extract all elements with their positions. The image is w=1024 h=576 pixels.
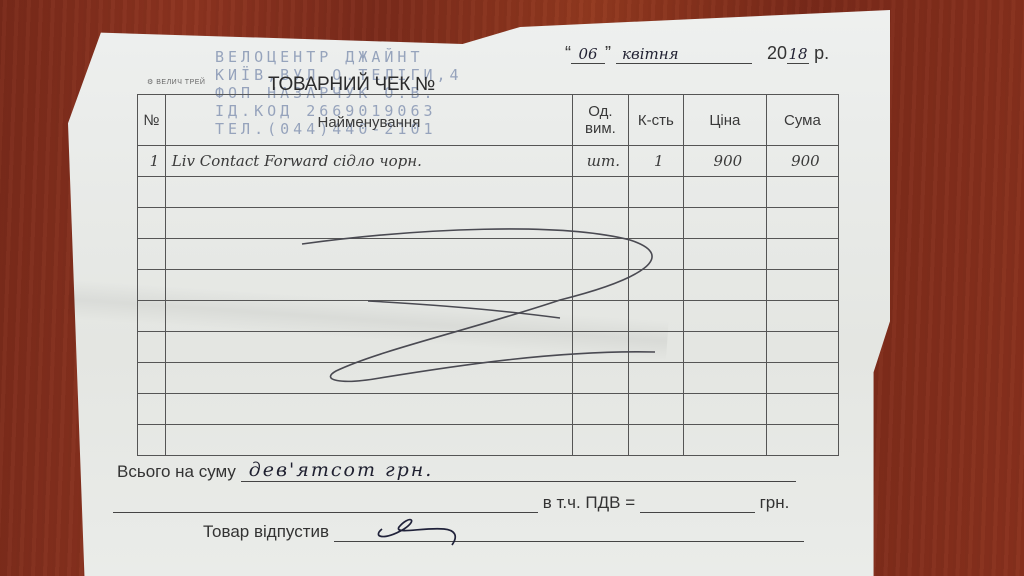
empty-cell bbox=[573, 270, 629, 301]
released-label: Товар відпустив bbox=[203, 522, 329, 541]
empty-cell bbox=[683, 332, 766, 363]
empty-cell bbox=[628, 208, 683, 239]
empty-cell bbox=[138, 208, 166, 239]
empty-cell bbox=[165, 177, 572, 208]
empty-cell bbox=[573, 208, 629, 239]
empty-cell bbox=[165, 394, 572, 425]
table-row-empty bbox=[138, 394, 839, 425]
table-row-empty bbox=[138, 208, 839, 239]
header-no: № bbox=[138, 95, 166, 146]
empty-cell bbox=[138, 239, 166, 270]
cell-sum: 900 bbox=[766, 146, 838, 177]
empty-cell bbox=[628, 394, 683, 425]
table-row-empty bbox=[138, 332, 839, 363]
header-sum: Сума bbox=[766, 95, 838, 146]
year-prefix: 20 bbox=[767, 43, 787, 63]
cell-unit: шт. bbox=[573, 146, 629, 177]
empty-cell bbox=[766, 394, 838, 425]
logo-icon: ⚙ bbox=[147, 79, 154, 86]
empty-cell bbox=[138, 177, 166, 208]
empty-cell bbox=[628, 425, 683, 456]
signature-line bbox=[334, 521, 804, 542]
empty-cell bbox=[165, 239, 572, 270]
empty-cell bbox=[138, 332, 166, 363]
empty-cell bbox=[573, 301, 629, 332]
header-qty: К-сть bbox=[628, 95, 683, 146]
empty-cell bbox=[138, 301, 166, 332]
empty-cell bbox=[138, 425, 166, 456]
table-row: 1 Liv Contact Forward сідло чорн. шт. 1 … bbox=[138, 146, 839, 177]
header-price: Ціна bbox=[683, 95, 766, 146]
vat-currency: грн. bbox=[760, 493, 790, 512]
empty-cell bbox=[138, 394, 166, 425]
empty-cell bbox=[683, 270, 766, 301]
table-row-empty bbox=[138, 270, 839, 301]
empty-cell bbox=[138, 270, 166, 301]
receipt-title: ТОВАРНИЙ ЧЕК № bbox=[268, 74, 435, 96]
empty-cell bbox=[138, 363, 166, 394]
empty-cell bbox=[766, 363, 838, 394]
table-row-empty bbox=[138, 177, 839, 208]
vat-blank-line bbox=[113, 492, 538, 513]
empty-cell bbox=[683, 363, 766, 394]
empty-cell bbox=[683, 301, 766, 332]
empty-cell bbox=[165, 270, 572, 301]
empty-cell bbox=[683, 425, 766, 456]
empty-cell bbox=[766, 208, 838, 239]
empty-cell bbox=[766, 177, 838, 208]
stamp-line: ВЕЛОЦЕНТР ДЖАЙНТ bbox=[215, 48, 463, 66]
vat-label: в т.ч. ПДВ = bbox=[543, 493, 635, 512]
table-row-empty bbox=[138, 239, 839, 270]
empty-cell bbox=[683, 208, 766, 239]
released-row: Товар відпустив bbox=[203, 521, 804, 542]
vat-value bbox=[640, 512, 755, 513]
empty-cell bbox=[766, 425, 838, 456]
empty-cell bbox=[573, 363, 629, 394]
year-suffix: 18 bbox=[787, 45, 809, 64]
empty-cell bbox=[628, 270, 683, 301]
cell-name: Liv Contact Forward сідло чорн. bbox=[165, 146, 572, 177]
empty-cell bbox=[573, 239, 629, 270]
empty-cell bbox=[766, 301, 838, 332]
table-row-empty bbox=[138, 301, 839, 332]
empty-cell bbox=[165, 208, 572, 239]
cell-no: 1 bbox=[138, 146, 166, 177]
table-header-row: № Найменування Од.вим. К-сть Ціна Сума bbox=[138, 95, 839, 146]
receipt-date: “06” квітня 2018 р. bbox=[565, 43, 829, 64]
empty-cell bbox=[165, 332, 572, 363]
empty-cell bbox=[683, 177, 766, 208]
cell-price: 900 bbox=[683, 146, 766, 177]
date-day: 06 bbox=[571, 45, 605, 64]
items-table: № Найменування Од.вим. К-сть Ціна Сума 1… bbox=[137, 94, 839, 456]
empty-cell bbox=[165, 363, 572, 394]
empty-cell bbox=[683, 239, 766, 270]
empty-cell bbox=[628, 332, 683, 363]
empty-cell bbox=[628, 239, 683, 270]
date-month: квітня bbox=[616, 45, 752, 64]
empty-cell bbox=[628, 177, 683, 208]
shop-logo: ⚙ ВЕЛИЧ ТРЕЙ bbox=[147, 78, 205, 86]
empty-cell bbox=[165, 425, 572, 456]
empty-cell bbox=[766, 239, 838, 270]
total-label: Всього на суму bbox=[117, 462, 236, 481]
empty-cell bbox=[766, 270, 838, 301]
empty-cell bbox=[573, 425, 629, 456]
empty-cell bbox=[628, 301, 683, 332]
table-row-empty bbox=[138, 363, 839, 394]
signature-icon bbox=[364, 507, 474, 547]
empty-cell bbox=[165, 301, 572, 332]
empty-cell bbox=[628, 363, 683, 394]
empty-cell bbox=[573, 332, 629, 363]
empty-cell bbox=[766, 332, 838, 363]
empty-cell bbox=[573, 394, 629, 425]
empty-cell bbox=[573, 177, 629, 208]
cell-qty: 1 bbox=[628, 146, 683, 177]
year-label: р. bbox=[814, 43, 829, 63]
total-row: Всього на суму дев'ятсот грн. bbox=[117, 459, 796, 482]
header-name: Найменування bbox=[165, 95, 572, 146]
header-unit: Од.вим. bbox=[573, 95, 629, 146]
table-row-empty bbox=[138, 425, 839, 456]
empty-cell bbox=[683, 394, 766, 425]
total-in-words: дев'ятсот грн. bbox=[241, 459, 796, 482]
